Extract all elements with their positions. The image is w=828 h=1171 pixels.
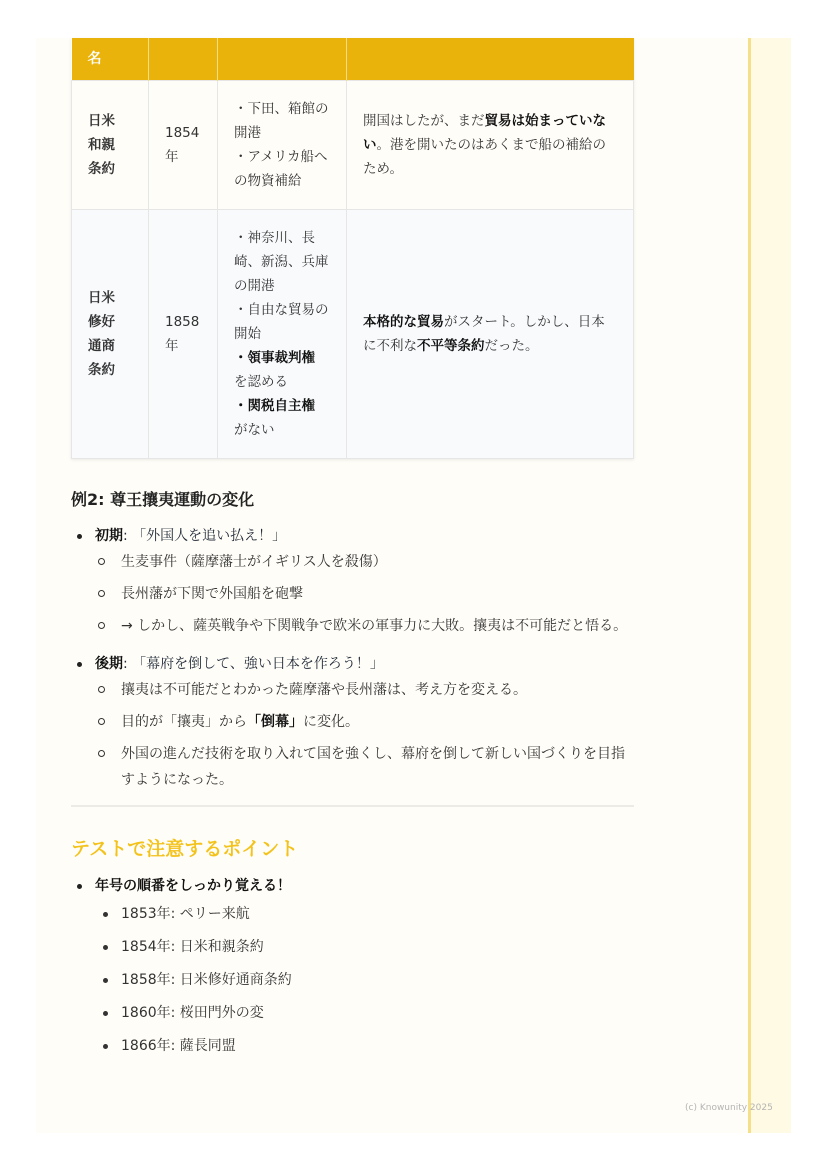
section-divider [71,805,634,807]
year-item: 1854年: 日米和親条約 [95,934,634,960]
year-line: 1858 [165,310,201,334]
note-text: 。港を開いたのはあくまで船の補給のため。 [363,137,606,177]
term-item: ・神奈川、長崎、新潟、兵庫の開港 [234,226,330,298]
test-points-heading: テストで注意するポイント [71,835,634,863]
note-emphasis: 不平等条約 [417,338,485,354]
year-item: 1858年: 日米修好通商条約 [95,967,634,993]
test-points-main: 年号の順番をしっかり覚える！ [95,878,291,894]
treaty-name-line: 日米 [88,286,132,310]
copyright-footer: (c) Knowunity 2025 [685,1103,773,1113]
table-header-row: 名 [72,38,634,81]
treaty-name-line: 条約 [88,358,132,382]
early-label: 初期 [95,528,123,544]
year-item: 1866年: 薩長同盟 [95,1033,634,1059]
term-item-bold: ・関税自主権 [234,394,330,418]
term-item: ・下田、箱館の開港 [234,97,330,145]
term-item: がない [234,418,330,442]
term-item: を認める [234,370,330,394]
year-item: 1853年: ペリー来航 [95,901,634,927]
late-sublist: 攘夷は不可能だとわかった薩摩藩や長州藩は、考え方を変える。 目的が「攘夷」から「… [95,677,634,793]
early-slogan: : 「外国人を追い払え！」 [123,528,286,544]
list-item-early: 初期: 「外国人を追い払え！」 生麦事件（薩摩藩士がイギリス人を殺傷） 長州藩が… [71,523,634,639]
list-item-main: 年号の順番をしっかり覚える！ 1853年: ペリー来航 1854年: 日米和親条… [71,873,634,1059]
right-margin-strip [751,38,791,1133]
list-item: 外国の進んだ技術を取り入れて国を強くし、幕府を倒して新しい国づくりを目指すように… [95,741,634,793]
list-emphasis: 「倒幕」 [247,714,303,730]
year-line: 1854 [165,121,201,145]
term-item: ・自由な貿易の開始 [234,298,330,346]
year-list: 1853年: ペリー来航 1854年: 日米和親条約 1858年: 日米修好通商… [95,901,634,1059]
year-line: 年 [165,334,201,358]
list-text: 目的が「攘夷」から [121,714,247,730]
table-row: 日米 修好 通商 条約 1858 年 ・神奈川、長崎、新潟、兵庫の開港 ・自由な… [72,210,634,459]
year-line: 年 [165,145,201,169]
note-emphasis: 本格的な貿易 [363,314,444,330]
table-row: 日米 和親 条約 1854 年 ・下田、箱館の開港 ・アメリカ船への物資補給 開… [72,81,634,210]
year-cell: 1854 年 [149,81,218,210]
treaty-name-line: 日米 [88,109,132,133]
term-item: ・アメリカ船への物資補給 [234,145,330,193]
terms-cell: ・神奈川、長崎、新潟、兵庫の開港 ・自由な貿易の開始 ・領事裁判権 を認める ・… [218,210,347,459]
content: 名 日米 和親 条約 1854 年 ・下田、箱館の開港 ・アメリカ船への物資補給… [71,38,634,1071]
example2-heading: 例2: 尊王攘夷運動の変化 [71,487,634,513]
treaty-name-line: 通商 [88,334,132,358]
column-header-name: 名 [72,38,149,81]
treaty-name-line: 和親 [88,133,132,157]
example2-list: 初期: 「外国人を追い払え！」 生麦事件（薩摩藩士がイギリス人を殺傷） 長州藩が… [71,523,634,793]
test-points-list: 年号の順番をしっかり覚える！ 1853年: ペリー来航 1854年: 日米和親条… [71,873,634,1059]
treaty-name-line: 修好 [88,310,132,334]
early-sublist: 生麦事件（薩摩藩士がイギリス人を殺傷） 長州藩が下関で外国船を砲撃 → しかし、… [95,549,634,639]
term-item-bold: ・領事裁判権 [234,346,330,370]
note-text: だった。 [485,338,539,354]
late-slogan: : 「幕府を倒して、強い日本を作ろう！」 [123,656,384,672]
treaty-name-cell: 日米 和親 条約 [72,81,149,210]
treaty-name-line: 条約 [88,157,132,181]
terms-cell: ・下田、箱館の開港 ・アメリカ船への物資補給 [218,81,347,210]
late-label: 後期 [95,656,123,672]
year-item: 1860年: 桜田門外の変 [95,1000,634,1026]
note-cell: 開国はしたが、まだ貿易は始まっていない。港を開いたのはあくまで船の補給のため。 [347,81,634,210]
note-text: 開国はしたが、まだ [363,113,485,129]
list-item: 生麦事件（薩摩藩士がイギリス人を殺傷） [95,549,634,575]
column-header-note [347,38,634,81]
list-item: → しかし、薩英戦争や下関戦争で欧米の軍事力に大敗。攘夷は不可能だと悟る。 [95,613,634,639]
year-cell: 1858 年 [149,210,218,459]
list-item: 長州藩が下関で外国船を砲撃 [95,581,634,607]
list-item: 目的が「攘夷」から「倒幕」に変化。 [95,709,634,735]
list-text: に変化。 [303,714,359,730]
note-cell: 本格的な貿易がスタート。しかし、日本に不利な不平等条約だった。 [347,210,634,459]
list-item-late: 後期: 「幕府を倒して、強い日本を作ろう！」 攘夷は不可能だとわかった薩摩藩や長… [71,651,634,793]
treaty-name-cell: 日米 修好 通商 条約 [72,210,149,459]
treaty-table: 名 日米 和親 条約 1854 年 ・下田、箱館の開港 ・アメリカ船への物資補給… [71,38,634,459]
column-header-terms [218,38,347,81]
list-item: 攘夷は不可能だとわかった薩摩藩や長州藩は、考え方を変える。 [95,677,634,703]
column-header-year [149,38,218,81]
